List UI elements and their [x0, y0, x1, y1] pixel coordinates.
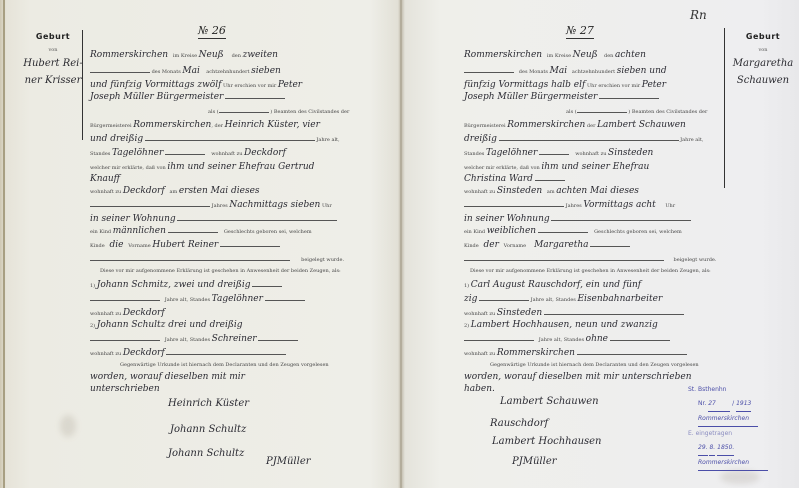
- stamp-header: St. Bsthenhn: [688, 383, 788, 397]
- margin-entry: Geburt von Hubert Rei- ner Krisser: [18, 32, 88, 87]
- signature-declarant: Lambert Schauwen: [500, 396, 599, 407]
- book-fold: [400, 0, 402, 488]
- signature-declarant: Heinrich Küster: [168, 398, 249, 409]
- signature-witness-1: Johann Schultz: [170, 424, 246, 435]
- margin-von: von: [726, 47, 799, 53]
- left-page: Geburt von Hubert Rei- ner Krisser № 26 …: [8, 0, 398, 488]
- child-name-line2: ner Krisser: [18, 74, 88, 87]
- page-edge: [3, 0, 5, 488]
- signature-witness-1: Rauschdorf: [490, 418, 548, 429]
- signature-registrar: PJMüller: [512, 456, 557, 467]
- place: Rommerskirchen: [90, 50, 168, 60]
- margin-divider: [724, 28, 725, 188]
- register-spread: Geburt von Hubert Rei- ner Krisser № 26 …: [0, 0, 799, 488]
- signature-registrar: PJMüller: [266, 456, 311, 467]
- margin-entry: Geburt von Margaretha Schauwen: [726, 32, 799, 87]
- margin-divider: [82, 30, 83, 140]
- corner-mark: Rn: [690, 8, 707, 22]
- entry-number: № 26: [198, 24, 226, 37]
- registry-stamp: St. Bsthenhn Nr. 27 / 1913 Rommerskirche…: [688, 383, 788, 471]
- signature-witness-2: Johann Schultz: [168, 448, 244, 459]
- margin-heading: Geburt: [18, 32, 88, 41]
- child-name-line1: Hubert Rei-: [18, 57, 88, 70]
- signature-witness-2: Lambert Hochhausen: [492, 436, 602, 447]
- child-name-line2: Schauwen: [726, 74, 799, 87]
- margin-heading: Geburt: [726, 32, 799, 41]
- child-name-line1: Margaretha: [726, 57, 799, 70]
- margin-von: von: [18, 47, 88, 53]
- entry-number: № 27: [566, 24, 594, 37]
